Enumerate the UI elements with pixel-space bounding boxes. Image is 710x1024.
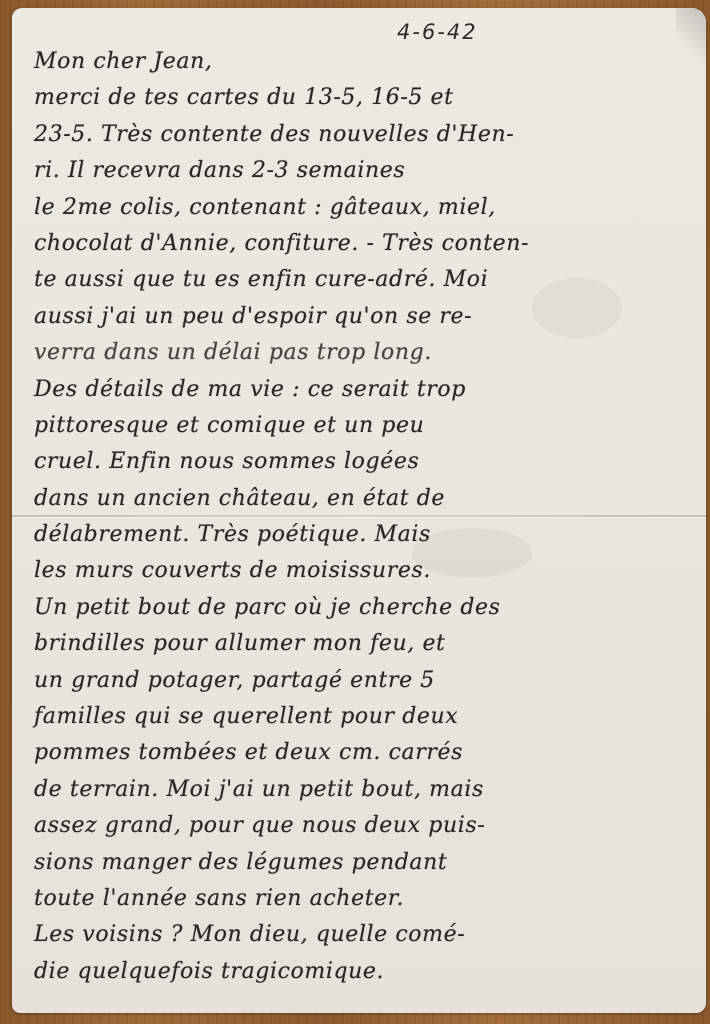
letter-line: sions manger des légumes pendant (34, 845, 694, 881)
letter-line: ri. Il recevra dans 2-3 semaines (34, 153, 694, 189)
letter-line: toute l'année sans rien acheter. (34, 881, 694, 917)
letter-line: 23-5. Très contente des nouvelles d'Hen- (34, 117, 694, 153)
letter-line: pommes tombées et deux cm. carrés (34, 735, 694, 771)
letter-line: pittoresque et comique et un peu (34, 408, 694, 444)
letter-line: Des détails de ma vie : ce serait trop (34, 372, 694, 408)
letter-line: familles qui se querellent pour deux (34, 699, 694, 735)
letter-line: Les voisins ? Mon dieu, quelle comé- (34, 917, 694, 953)
letter-line: de terrain. Moi j'ai un petit bout, mais (34, 772, 694, 808)
letter-line: verra dans un délai pas trop long. (34, 335, 694, 371)
letter-line: dans un ancien château, en état de (34, 481, 694, 517)
letter-body: Mon cher Jean, merci de tes cartes du 13… (34, 44, 694, 990)
salutation: Mon cher Jean, (34, 44, 694, 80)
letter-line: un grand potager, partagé entre 5 (34, 663, 694, 699)
letter-line: le 2me colis, contenant : gâteaux, miel, (34, 190, 694, 226)
letter-line: brindilles pour allumer mon feu, et (34, 626, 694, 662)
letter-line: merci de tes cartes du 13-5, 16-5 et (34, 80, 694, 116)
letter-date: 4-6-42 (397, 20, 478, 44)
letter-line: les murs couverts de moisissures. (34, 553, 694, 589)
letter-line: cruel. Enfin nous sommes logées (34, 444, 694, 480)
letter-line: Un petit bout de parc où je cherche des (34, 590, 694, 626)
letter-line: aussi j'ai un peu d'espoir qu'on se re- (34, 299, 694, 335)
postcard: 4-6-42 Mon cher Jean, merci de tes carte… (12, 8, 706, 1013)
letter-line: te aussi que tu es enfin cure-adré. Moi (34, 262, 694, 298)
letter-line: chocolat d'Annie, confiture. - Très cont… (34, 226, 694, 262)
letter-line: assez grand, pour que nous deux puis- (34, 808, 694, 844)
letter-line: délabrement. Très poétique. Mais (34, 517, 694, 553)
closing-line: die quelquefois tragicomique. (34, 954, 694, 990)
